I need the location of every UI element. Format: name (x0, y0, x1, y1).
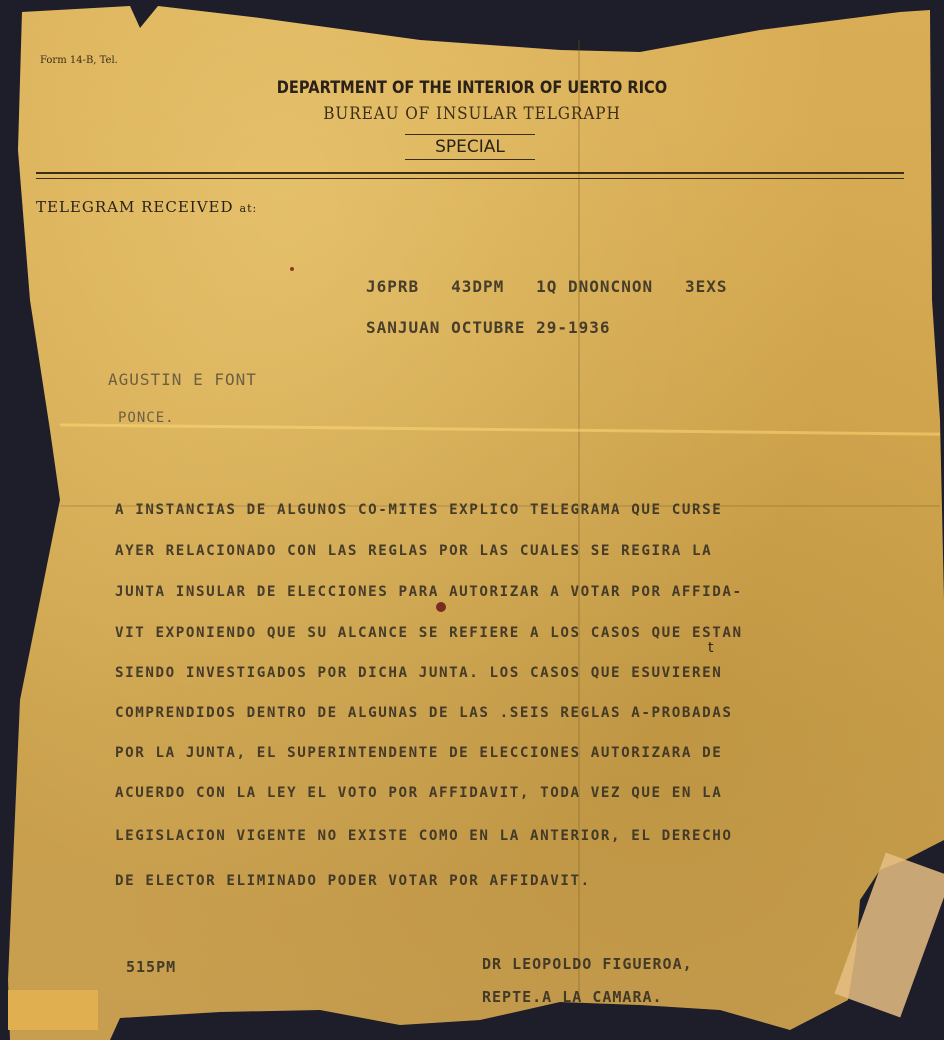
time-received: 515PM (126, 958, 176, 976)
bureau-heading: BUREAU OF INSULAR TELGRAPH (47, 104, 897, 124)
addressee-city: PONCE. (118, 410, 175, 426)
body-line: ACUERDO CON LA LEY EL VOTO POR AFFIDAVIT… (115, 785, 722, 801)
ink-stain (436, 602, 446, 612)
body-line: VIT EXPONIENDO QUE SU ALCANCE SE REFIERE… (115, 625, 743, 641)
special-label: SPECIAL (405, 134, 535, 160)
body-line: POR LA JUNTA, EL SUPERINTENDENTE DE ELEC… (115, 745, 722, 761)
received-text: TELEGRAM RECEIVED (36, 198, 234, 216)
body-line: COMPRENDIDOS DENTRO DE ALGUNAS DE LAS .S… (115, 705, 733, 721)
body-line: LEGISLACION VIGENTE NO EXISTE COMO EN LA… (115, 828, 733, 844)
handwritten-mark: t (708, 640, 714, 656)
repair-tape-corner (8, 990, 98, 1030)
signature-name: DR LEOPOLDO FIGUEROA, (482, 955, 693, 973)
ink-spot (290, 267, 294, 271)
body-line: SIENDO INVESTIGADOS POR DICHA JUNTA. LOS… (115, 665, 722, 681)
body-line: A INSTANCIAS DE ALGUNOS CO-MITES EXPLICO… (115, 502, 722, 518)
fold-crease-vertical (578, 40, 580, 1000)
department-heading: DEPARTMENT OF THE INTERIOR OF UERTO RICO (66, 78, 878, 98)
routing-line-1: J6PRB 43DPM 1Q DNONCNON 3EXS (366, 277, 728, 296)
addressee-name: AGUSTIN E FONT (108, 370, 257, 389)
body-line: JUNTA INSULAR DE ELECCIONES PARA AUTORIZ… (115, 584, 743, 600)
received-label: TELEGRAM RECEIVEDat: (36, 198, 257, 216)
signature-title: REPTE.A LA CAMARA. (482, 988, 663, 1006)
received-at: at: (240, 202, 258, 215)
form-id: Form 14-B, Tel. (40, 55, 118, 66)
body-line: DE ELECTOR ELIMINADO PODER VOTAR POR AFF… (115, 873, 591, 889)
body-line: AYER RELACIONADO CON LAS REGLAS POR LAS … (115, 543, 712, 559)
routing-line-2: SANJUAN OCTUBRE 29-1936 (366, 318, 611, 337)
header-rule (36, 172, 904, 179)
